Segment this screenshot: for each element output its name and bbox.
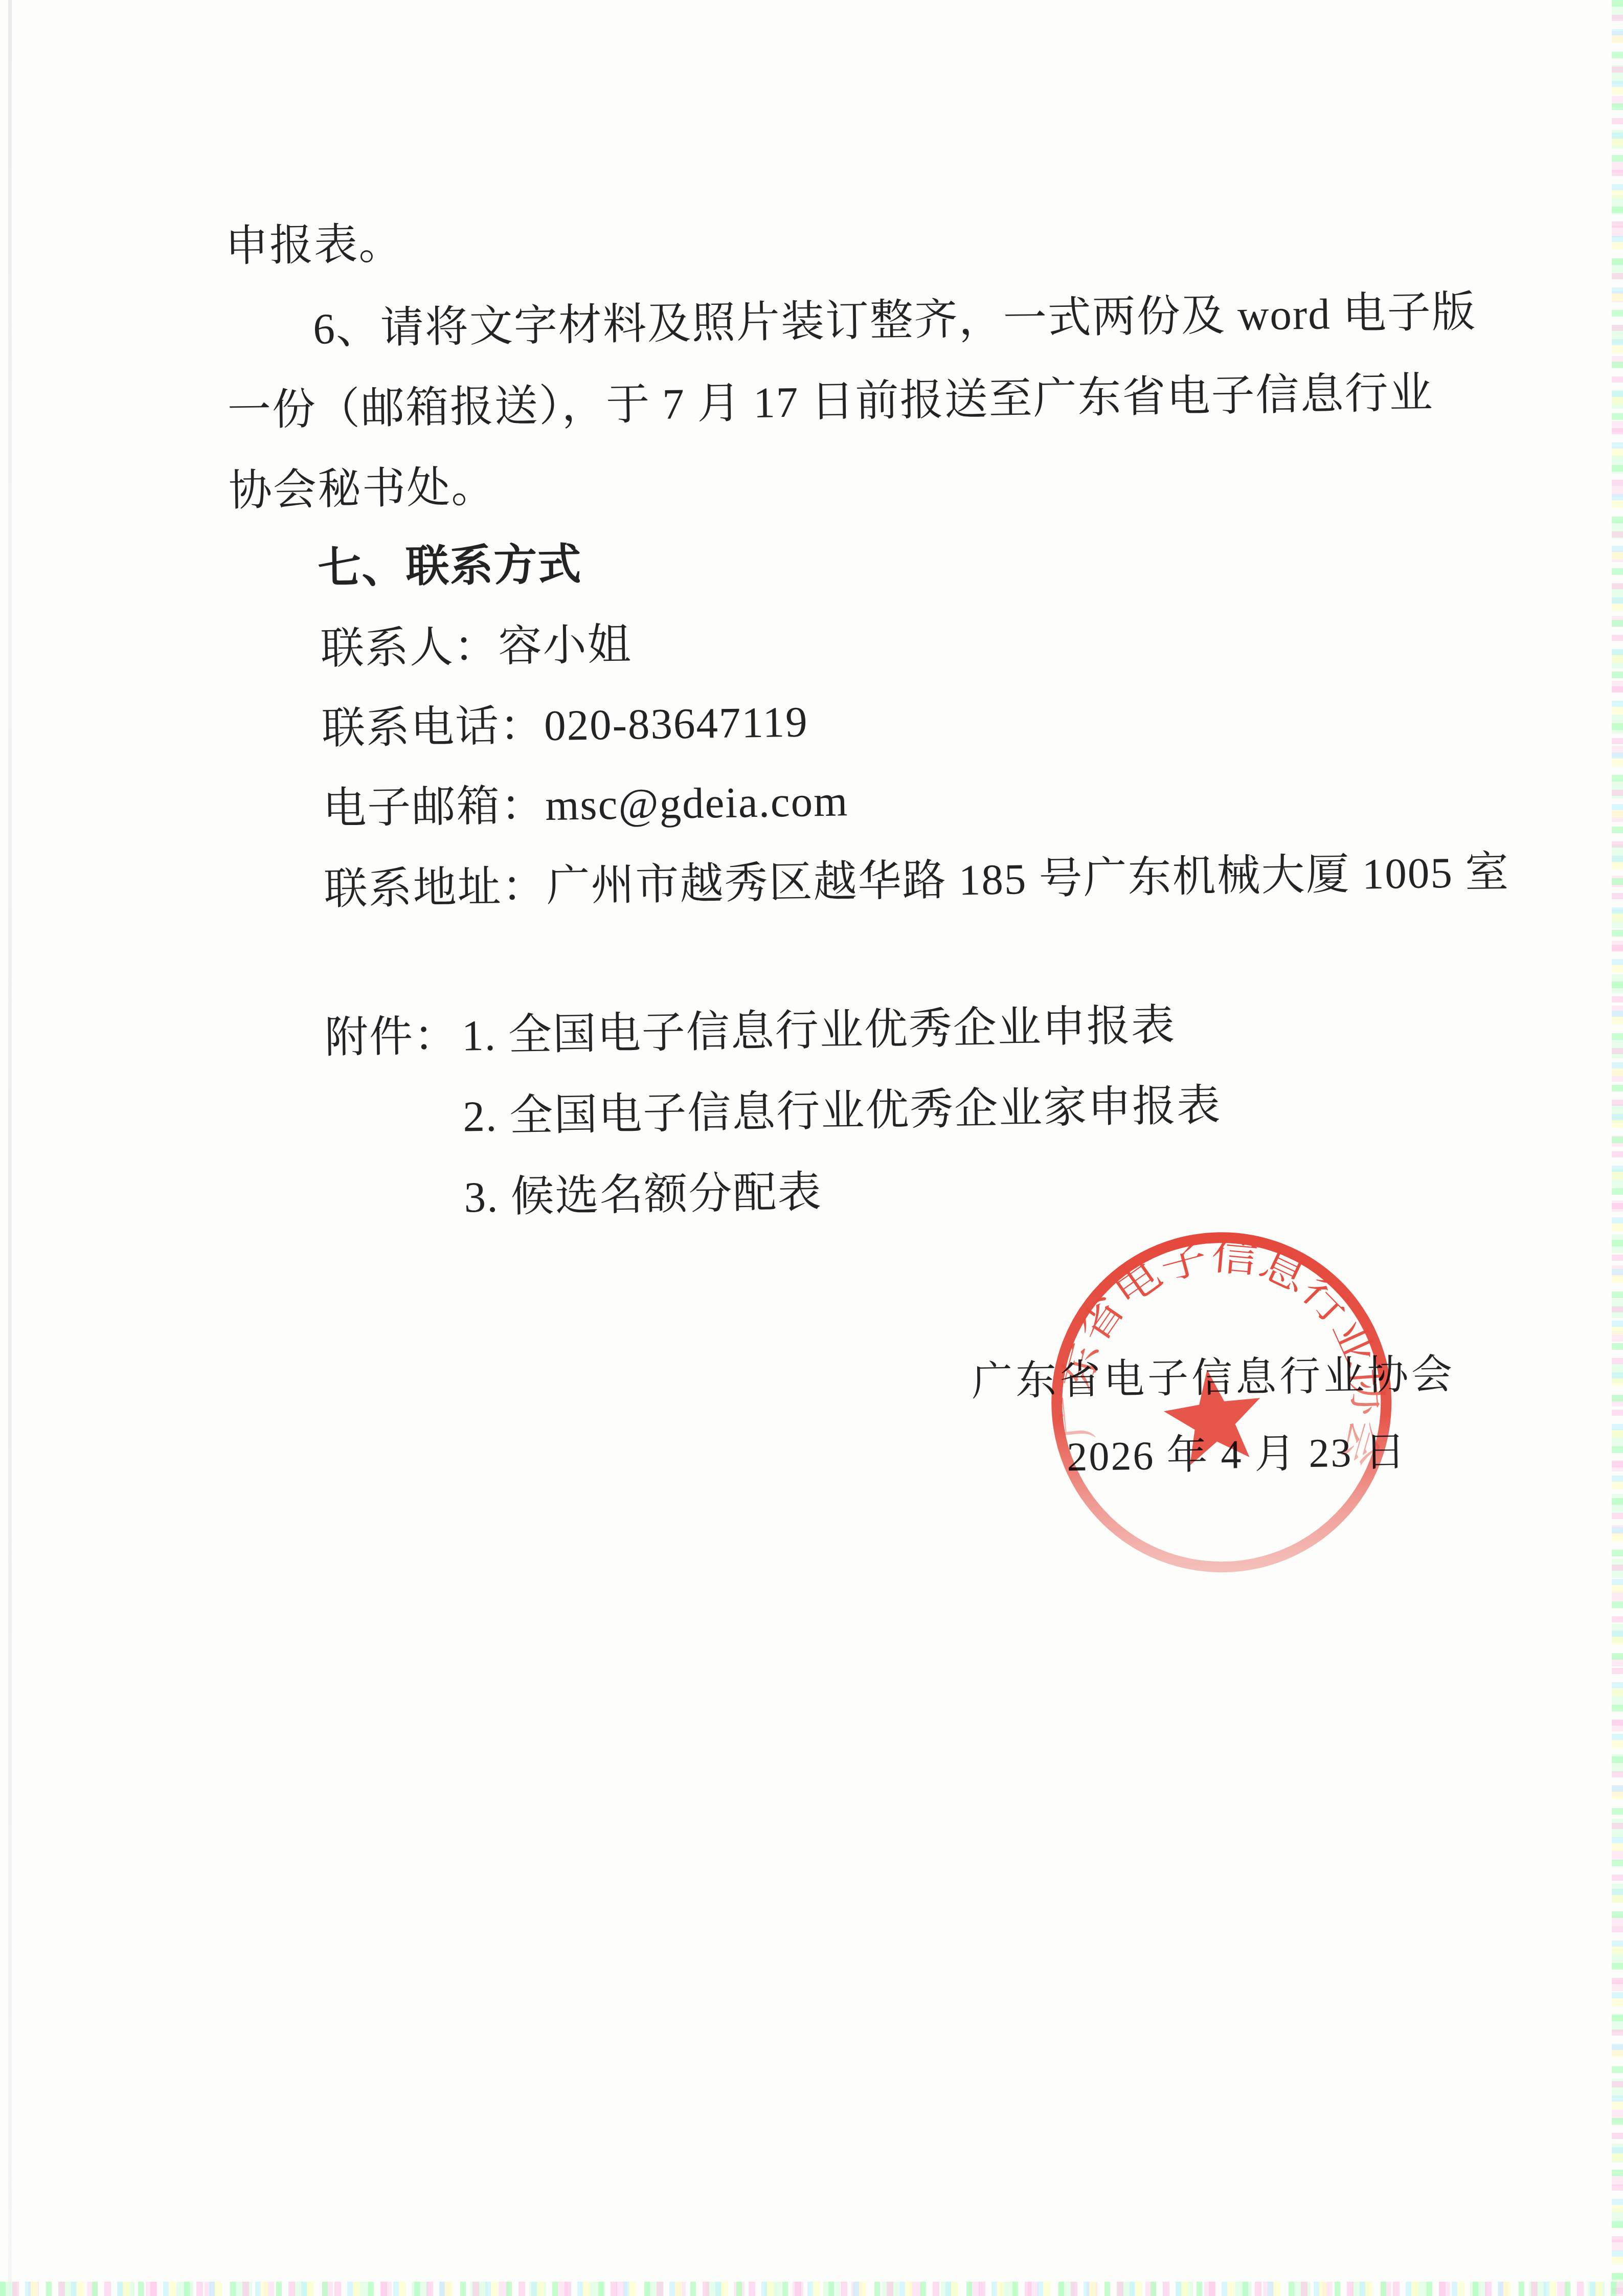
document-page: 申报表。 6、请将文字材料及照片装订整齐，一式两份及 word 电子版 一份（邮…: [0, 0, 1623, 2296]
section7-heading: 七、联系方式: [318, 539, 582, 594]
attachment-item-1: 1. 全国电子信息行业优秀企业申报表: [461, 1000, 1176, 1062]
item6-line3: 协会秘书处。: [228, 462, 495, 517]
attachments-label: 附件：: [324, 1011, 458, 1064]
contact-person: 联系人：容小姐: [320, 619, 632, 675]
attachment-item-2: 2. 全国电子信息行业优秀企业家申报表: [463, 1080, 1222, 1143]
paragraph-intro-tail: 申报表。: [224, 218, 403, 272]
contact-email: 电子邮箱：msc@gdeia.com: [323, 775, 849, 835]
contact-phone: 联系电话：020-83647119: [321, 696, 808, 754]
star-icon: [1159, 1363, 1268, 1468]
contact-address: 联系地址：广州市越秀区越华路 185 号广东机械大厦 1005 室: [324, 846, 1510, 916]
official-seal: 广东省电子信息行业协会: [1040, 1220, 1403, 1584]
item6-line1: 6、请将文字材料及照片装订整齐，一式两份及 word 电子版: [313, 286, 1477, 355]
document-content: 申报表。 6、请将文字材料及照片装订整齐，一式两份及 word 电子版 一份（邮…: [0, 0, 1623, 2296]
item6-line2: 一份（邮箱报送），于 7 月 17 日前报送至广东省电子信息行业: [227, 367, 1434, 436]
scan-noise-bottom: [0, 2282, 1623, 2296]
scan-noise-right: [1612, 0, 1623, 2296]
attachment-item-3: 3. 候选名额分配表: [464, 1167, 822, 1223]
